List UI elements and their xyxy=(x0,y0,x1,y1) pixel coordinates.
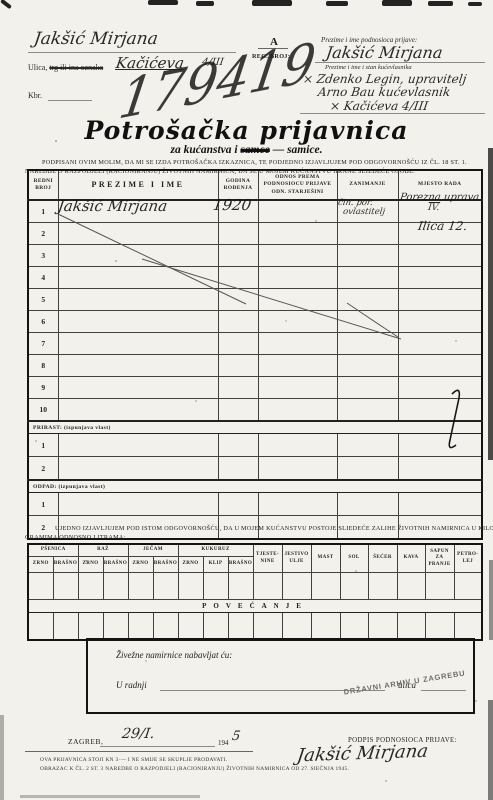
supplies-value-row xyxy=(28,573,482,600)
date-line xyxy=(100,746,215,747)
sub-brasno: BRAŠNO xyxy=(103,557,128,573)
col-jecam: JEČAM xyxy=(128,544,178,557)
archive-stamp: DRŽAVNI ARHIV U ZAGREBU xyxy=(343,668,466,696)
col-kava: KAVA xyxy=(397,544,425,573)
supplies-intro-line2: GRAMIMA ODNOSNO LITRAMA: xyxy=(25,534,126,541)
handwritten-paraph xyxy=(449,390,459,447)
supplies-intro-line1: UJEDNO IZJAVLJUJEM POD ISTOM ODGOVORNOŠĆ… xyxy=(55,525,493,532)
scanned-form-page: Jakšić Mirjana Ulica, trg ili ina oznaka… xyxy=(0,0,493,800)
shop-declaration-box: Živežne namirnice nabavljat ću: U radnji… xyxy=(86,638,475,714)
shop-heading: Živežne namirnice nabavljat ću: xyxy=(116,650,232,660)
date-handwritten: 29/I. xyxy=(121,726,156,742)
sub-zrno: ZRNO xyxy=(28,557,53,573)
col-secer: ŠEĆER xyxy=(368,544,397,573)
fineprint-line2: OBRAZAC K ČL. 2 ST. 3 NAREDBE O RAZPODJE… xyxy=(40,766,349,772)
year-printed: 194 xyxy=(218,739,229,747)
sub-brasno: BRAŠNO xyxy=(153,557,178,573)
sub-zrno: ZRNO xyxy=(128,557,153,573)
col-tjestenine: TJESTE-NINE xyxy=(253,544,282,573)
supplies-table: PŠENICA RAŽ JEČAM KUKURUZ TJESTE-NINE JE… xyxy=(27,543,483,641)
sub-zrno: ZRNO xyxy=(78,557,103,573)
footer-separator-line xyxy=(25,751,253,752)
supplies-group-header: PŠENICA RAŽ JEČAM KUKURUZ TJESTE-NINE JE… xyxy=(28,544,482,557)
col-petrolej: PETRO-LEJ xyxy=(454,544,482,573)
sub-klip: KLIP xyxy=(203,557,228,573)
col-raz: RAŽ xyxy=(78,544,128,557)
col-jestivo-ulje: JESTIVO ULJE xyxy=(282,544,311,573)
col-psenica: PŠENICA xyxy=(28,544,78,557)
fineprint-line1: OVA PRIJAVNICA STOJI KN 3·— I NE SMIJE S… xyxy=(40,757,227,763)
povecanje-band: POVEĆANJE xyxy=(28,600,482,613)
ulica-line xyxy=(421,690,466,691)
col-sol: SOL xyxy=(340,544,368,573)
supplies-value-row xyxy=(28,613,482,641)
sub-brasno: BRAŠNO xyxy=(228,557,253,573)
col-mast: MAST xyxy=(311,544,340,573)
u-radnji-label: U radnji xyxy=(116,680,147,690)
col-sapun: SAPUN ZA PRANJE xyxy=(425,544,454,573)
sub-brasno: BRAŠNO xyxy=(53,557,78,573)
city-label: ZAGREB, xyxy=(68,737,103,746)
col-kukuruz: KUKURUZ xyxy=(178,544,253,557)
sub-zrno: ZRNO xyxy=(178,557,203,573)
